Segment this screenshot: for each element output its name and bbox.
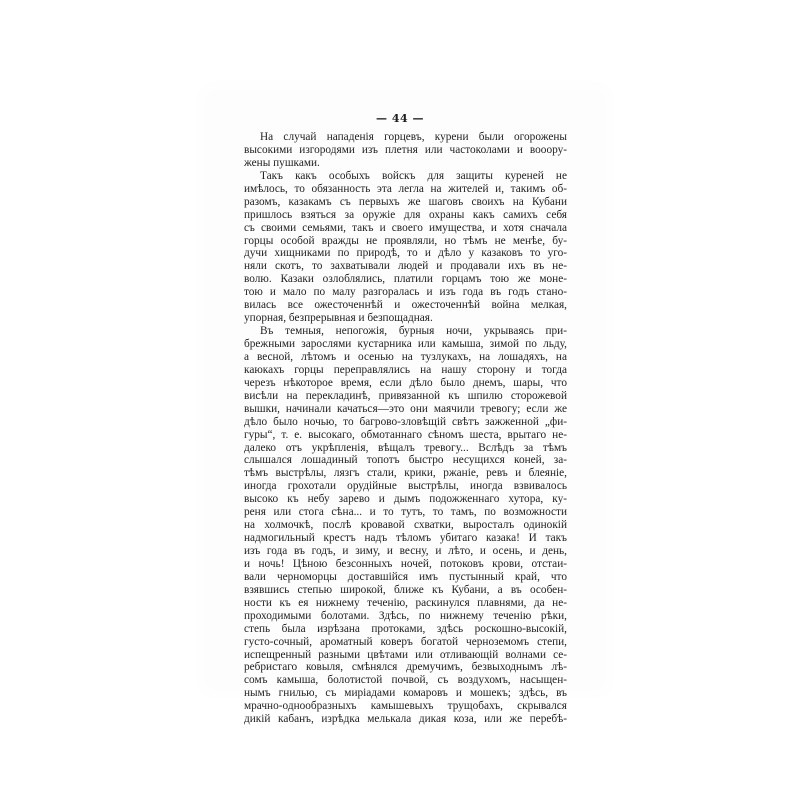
text-line: нымъ гнилью, съ миріадами комаровъ и мош… bbox=[244, 687, 567, 700]
text-line: густо-сочный, ароматный коверъ богатой ч… bbox=[244, 636, 567, 649]
text-line: степь была изрѣзана протоками, здѣсь рос… bbox=[244, 623, 567, 636]
text-line: упорная, безпрерывная и безпощадная. bbox=[244, 312, 567, 325]
text-line: гуры“, т. е. высокаго, обмотаннаго сѣном… bbox=[244, 429, 567, 442]
text-line: ности къ ея нижнему теченію, раскинулся … bbox=[244, 597, 567, 610]
text-line: брежными зарослями кустарника или камыша… bbox=[244, 338, 567, 351]
text-line: тѣмъ выстрѣлы, лязгъ стали, крики, ржані… bbox=[244, 467, 567, 480]
text-line: испещренный разными цвѣтами или отливающ… bbox=[244, 649, 567, 662]
text-line: надмогильный крестъ надъ тѣломъ убитаго … bbox=[244, 532, 567, 545]
text-line: Въ темныя, непогожія, бурныя ночи, укрыв… bbox=[244, 325, 567, 338]
text-line: на холмочкѣ, послѣ кровавой схватки, выр… bbox=[244, 519, 567, 532]
text-line: жены пушками. bbox=[244, 157, 567, 170]
text-line: ребристаго ковыля, смѣнялся дремучимъ, б… bbox=[244, 661, 567, 674]
text-line: каюкахъ горцы переправлялись на нашу сто… bbox=[244, 364, 567, 377]
page-number: — 44 — bbox=[0, 112, 800, 125]
text-line: пришлось взяться за оружіе для охраны ка… bbox=[244, 209, 567, 222]
text-line: тою и мало по малу разгоралась и изъ год… bbox=[244, 286, 567, 299]
text-line: На случай нападенія горцевъ, курени были… bbox=[244, 131, 567, 144]
text-line: высокими изгородями изъ плетня или часто… bbox=[244, 144, 567, 157]
paragraph-3: Въ темныя, непогожія, бурныя ночи, укрыв… bbox=[244, 325, 567, 726]
paragraph-1: На случай нападенія горцевъ, курени были… bbox=[244, 131, 567, 170]
text-line: дучи хищниками по природѣ, то и дѣло у к… bbox=[244, 247, 567, 260]
text-line: вали черноморцы доставшійся имъ пустынны… bbox=[244, 571, 567, 584]
text-line: а весной, лѣтомъ и осенью на тузлукахъ, … bbox=[244, 351, 567, 364]
text-line: мрачно-однообразныхъ камышевыхъ трущобах… bbox=[244, 700, 567, 713]
text-line: няли скотъ, то захватывали людей и прода… bbox=[244, 260, 567, 273]
text-line: висѣли на перекладинѣ, привязанной къ шп… bbox=[244, 390, 567, 403]
text-line: слышался лошадиный топотъ быстро несущих… bbox=[244, 454, 567, 467]
paragraph-2: Такъ какъ особыхъ войскъ для защиты куре… bbox=[244, 170, 567, 325]
text-line: вышки, начинали качаться—это они маячили… bbox=[244, 403, 567, 416]
text-line: волю. Казаки озлоблялись, платили горцам… bbox=[244, 273, 567, 286]
text-line: высоко къ небу зарево и дымъ подожженнаг… bbox=[244, 493, 567, 506]
text-line: съ своими семьями, такъ и своего имущест… bbox=[244, 222, 567, 235]
text-line: сомъ камыша, болотистой почвой, съ возду… bbox=[244, 674, 567, 687]
page-body-text: На случай нападенія горцевъ, курени были… bbox=[244, 131, 567, 726]
text-line: взявшись степью широкой, ближе къ Кубани… bbox=[244, 584, 567, 597]
text-line: Такъ какъ особыхъ войскъ для защиты куре… bbox=[244, 170, 567, 183]
text-line: проходимыми болотами. Здѣсь, по нижнему … bbox=[244, 610, 567, 623]
text-line: имѣлось, то обязанность эта легла на жит… bbox=[244, 183, 567, 196]
text-line: реня или стога сѣна... и то тутъ, то там… bbox=[244, 506, 567, 519]
text-line: дикій кабанъ, изрѣдка мелькала дикая коз… bbox=[244, 713, 567, 726]
text-line: иногда грохотали орудійные выстрѣлы, ино… bbox=[244, 480, 567, 493]
text-line: вилась все ожесточеннѣй и ожесточеннѣй в… bbox=[244, 299, 567, 312]
text-line: горцы особой вражды не проявляли, но тѣм… bbox=[244, 235, 567, 248]
text-line: черезъ нѣкоторое время, если дѣло было д… bbox=[244, 377, 567, 390]
text-line: далеко отъ укрѣпленія, вѣщалъ тревогу...… bbox=[244, 442, 567, 455]
text-line: и ночь! Цѣною безсонныхъ ночей, потоковъ… bbox=[244, 558, 567, 571]
text-line: разомъ, казакамъ съ первыхъ же шаговъ св… bbox=[244, 196, 567, 209]
text-line: изъ года въ годъ, и зиму, и весну, и лѣт… bbox=[244, 545, 567, 558]
text-line: дѣло было ночью, то багрово-зловѣщій свѣ… bbox=[244, 416, 567, 429]
